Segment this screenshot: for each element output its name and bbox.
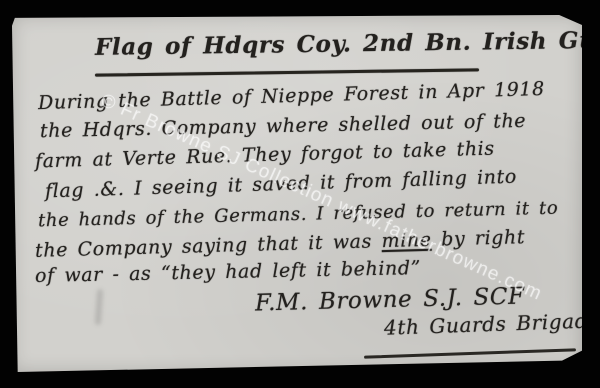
signature-unit: 4th Guards Brigade (384, 308, 600, 340)
handwritten-line-4: flag .&. I seeing it saved it from falli… (45, 166, 517, 203)
handwritten-line-2: the Hdqrs. Company where shelled out of … (40, 110, 527, 142)
handwritten-line-7: of war - as “they had left it behind” (35, 257, 421, 287)
photo-background: Flag of Hdqrs Coy. 2nd Bn. Irish Guards … (0, 0, 600, 388)
title-underline (95, 68, 479, 76)
handwritten-line-6: the Company saying that it was mine by r… (35, 226, 526, 262)
handwritten-line-5: the hands of the Germans. I refused to r… (38, 198, 559, 232)
line6-before: the Company saying that it was (35, 230, 382, 262)
signature-underline (364, 348, 576, 358)
underlined-word-mine: mine (381, 229, 432, 252)
handwritten-line-1: During the Battle of Nieppe Forest in Ap… (38, 78, 545, 114)
card-title: Flag of Hdqrs Coy. 2nd Bn. Irish Guards (95, 26, 600, 61)
handwritten-line-3: farm at Verte Rue. They forgot to take t… (35, 138, 495, 173)
handwritten-postcard: Flag of Hdqrs Coy. 2nd Bn. Irish Guards … (12, 15, 582, 372)
line6-after: by right (431, 226, 525, 251)
ink-smudge (95, 289, 103, 325)
